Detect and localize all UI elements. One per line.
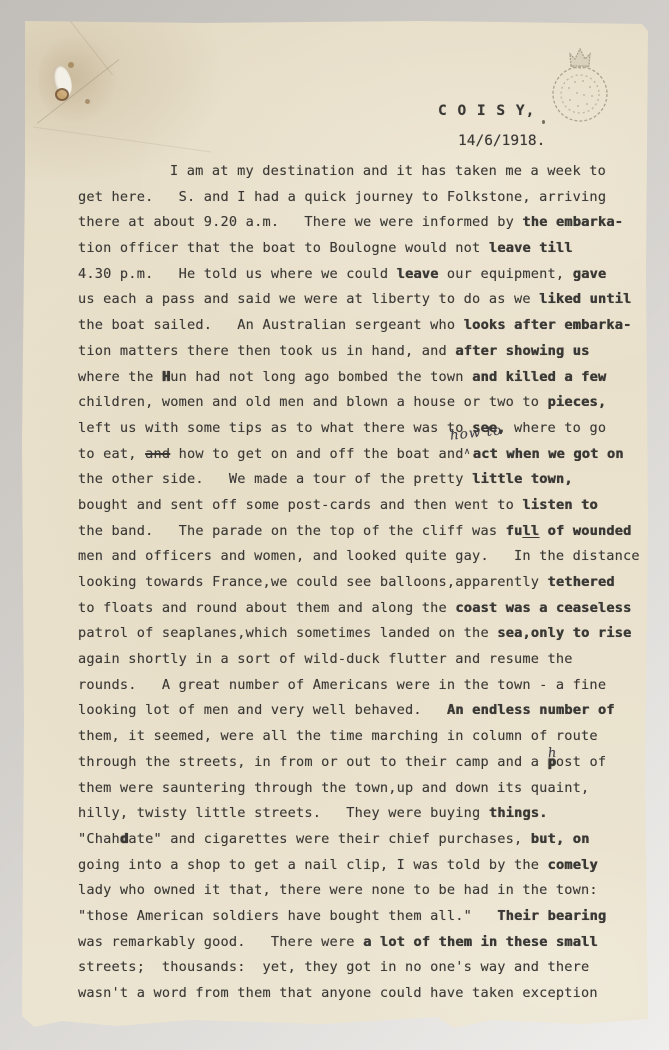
typed-text: but, on [531, 831, 590, 847]
letter-line: "Chahdate" and cigarettes were their chi… [78, 827, 648, 853]
letter-line: us each a pass and said we were at liber… [78, 287, 648, 313]
typed-text: us each a pass and said we were at liber… [78, 291, 539, 307]
paper-speck [542, 120, 545, 124]
typed-text: a lot of them in these small [363, 934, 598, 950]
overstruck-characters: ph [548, 754, 556, 770]
letter-line: get here. S. and I had a quick journey t… [78, 185, 648, 211]
typed-text: liked until [539, 291, 631, 307]
typed-text: 4.30 p.m. He told us where we could [78, 266, 397, 282]
letter-line: tion matters there then took us in hand,… [78, 339, 648, 365]
crown-stamp-icon [547, 38, 617, 134]
typed-text: leave till [489, 240, 573, 256]
typed-text: leave [397, 266, 439, 282]
typed-text: the boat sailed. An Australian sergeant … [78, 317, 464, 333]
typed-text: act when we got on [473, 446, 624, 462]
typed-text: Their bearing [497, 908, 606, 924]
letterhead-place: C O I S Y, [438, 103, 535, 119]
typed-text: tion matters there then took us in hand,… [78, 343, 455, 359]
paper-crease [33, 126, 211, 152]
typed-text: was remarkably good. There were [78, 934, 363, 950]
typed-text: patrol of seaplanes,which sometimes land… [78, 625, 497, 641]
typed-text: going into a shop to get a nail clip, I … [78, 857, 548, 873]
struck-through-word: and [145, 446, 170, 462]
letter-line: looking lot of men and very well behaved… [78, 698, 648, 724]
letter-line: streets; thousands: yet, they got in no … [78, 955, 648, 981]
letter-body: I am at my destination and it has taken … [78, 159, 648, 1007]
handwritten-insertion: how to [448, 418, 503, 449]
letter-line: tion officer that the boat to Boulogne w… [78, 236, 648, 262]
typed-text: wasn't a word from them that anyone coul… [78, 985, 598, 1001]
letter-line: rounds. A great number of Americans were… [78, 673, 648, 699]
typed-text: children, women and old men and blown a … [78, 394, 548, 410]
typed-text: them were sauntering through the town,up… [78, 780, 589, 796]
typed-text: get here. S. and I had a quick journey t… [78, 189, 606, 205]
typed-text: lady who owned it that, there were none … [78, 882, 598, 898]
typed-text: men and officers and women, and looked q… [78, 548, 640, 564]
typed-text: where the [78, 369, 162, 385]
letter-line: children, women and old men and blown a … [78, 390, 648, 416]
typed-text: the other side. We made a tour of the pr… [78, 471, 472, 487]
typed-text: gave [573, 266, 607, 282]
letter-line: bought and sent off some post-cards and … [78, 493, 648, 519]
typed-text: the embarka- [522, 214, 623, 230]
letter-line: wasn't a word from them that anyone coul… [78, 981, 648, 1007]
typed-text: hilly, twisty little streets. They were … [78, 805, 489, 821]
letter-line: men and officers and women, and looked q… [78, 544, 648, 570]
typed-text: un had not long ago bombed the town [170, 369, 472, 385]
typed-text: ost of [556, 754, 606, 770]
overstruck-characters: H [162, 369, 170, 385]
letter-line: I am at my destination and it has taken … [78, 159, 648, 185]
typed-text: to floats and round about them and along… [78, 600, 455, 616]
typed-text: rounds. A great number of Americans were… [78, 677, 606, 693]
typed-text: our equipment, [439, 266, 573, 282]
typed-text: "those American soldiers have bought the… [78, 908, 497, 924]
paper-stain-dot [68, 62, 74, 68]
typed-text: ate" and cigarettes were their chief pur… [128, 831, 530, 847]
caret-mark: ∧ [464, 440, 471, 466]
letter-line: through the streets, in from or out to t… [78, 750, 648, 776]
letter-line: to floats and round about them and along… [78, 596, 648, 622]
typed-text: "Chah [78, 831, 120, 847]
letter-line: hilly, twisty little streets. They were … [78, 801, 648, 827]
letter-line: was remarkably good. There were a lot of… [78, 930, 648, 956]
typed-text: the band. The parade on the top of the c… [78, 523, 506, 539]
typed-text: and killed a few [472, 369, 606, 385]
letter-line: "those American soldiers have bought the… [78, 904, 648, 930]
typed-text: of wounded [539, 523, 631, 539]
typed-text: pieces, [548, 394, 607, 410]
letter-line: there at about 9.20 a.m. There we were i… [78, 210, 648, 236]
letter-line: the band. The parade on the top of the c… [78, 519, 648, 545]
letter-line: again shortly in a sort of wild-duck flu… [78, 647, 648, 673]
scan-background: { "scan": { "background_color": "#d3d0cc… [0, 0, 669, 1050]
typed-text: coast was a ceaseless [455, 600, 631, 616]
typed-text: them, it seemed, were all the time march… [78, 728, 598, 744]
letter-line: left us with some tips as to what there … [78, 416, 648, 442]
letter-line: them were sauntering through the town,up… [78, 776, 648, 802]
typed-text: tion officer that the boat to Boulogne w… [78, 240, 489, 256]
paper-stain-dot [85, 99, 90, 104]
letter-line: where the Hun had not long ago bombed th… [78, 365, 648, 391]
typed-text: fu [506, 523, 523, 539]
letter-line: the boat sailed. An Australian sergeant … [78, 313, 648, 339]
letter-line: going into a shop to get a nail clip, I … [78, 853, 648, 879]
typed-text: left us with some tips as to what there … [78, 420, 472, 436]
typed-text: again shortly in a sort of wild-duck flu… [78, 651, 573, 667]
typed-text: looking towards France,we could see ball… [78, 574, 548, 590]
letter-line: them, it seemed, were all the time march… [78, 724, 648, 750]
letter-line: to eat, and how to get on and off the bo… [78, 442, 648, 468]
typed-text: through the streets, in from or out to t… [78, 754, 548, 770]
letter-page: C O I S Y, 14/6/1918. I am at my destina… [22, 21, 648, 1028]
letter-line: patrol of seaplanes,which sometimes land… [78, 621, 648, 647]
typed-text: tethered [548, 574, 615, 590]
typed-text: streets; thousands: yet, they got in no … [78, 959, 589, 975]
typed-text: sea,only to rise [497, 625, 631, 641]
typed-text: looks after embarka- [464, 317, 632, 333]
typed-text: bought and sent off some post-cards and … [78, 497, 522, 513]
typed-text: little town, [472, 471, 573, 487]
letter-line: the other side. We made a tour of the pr… [78, 467, 648, 493]
typed-text: there at about 9.20 a.m. There we were i… [78, 214, 522, 230]
typed-text: where to go [506, 420, 607, 436]
letter-line: 4.30 p.m. He told us where we could leav… [78, 262, 648, 288]
letterhead-date: 14/6/1918. [458, 133, 545, 149]
handwritten-correction: h [547, 741, 557, 767]
letter-line: looking towards France,we could see ball… [78, 570, 648, 596]
typed-text: ll [522, 523, 539, 539]
letter-line: lady who owned it that, there were none … [78, 878, 648, 904]
typed-text: comely [548, 857, 598, 873]
typed-text: after showing us [455, 343, 589, 359]
typed-text: An endless number of [447, 702, 615, 718]
typed-text: listen to [522, 497, 597, 513]
typed-text: things. [489, 805, 548, 821]
typed-text: to eat, [78, 446, 145, 462]
typed-text: looking lot of men and very well behaved… [78, 702, 447, 718]
typed-text: how to get on and off the boat and [170, 446, 463, 462]
typed-text: I am at my destination and it has taken … [170, 163, 606, 179]
